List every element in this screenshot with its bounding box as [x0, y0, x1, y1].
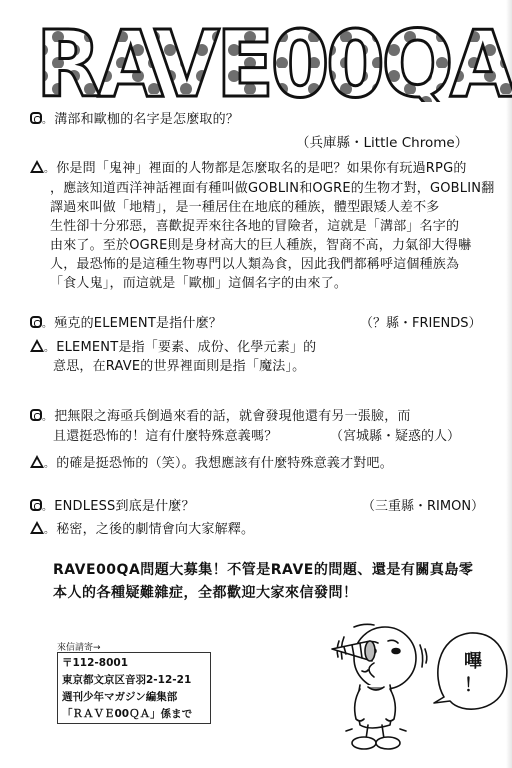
answer-text: 秘密，之後的劇情會向大家解釋。	[56, 522, 254, 537]
answer-1-line-2: ，應該知道西洋神話裡面有種叫做GOBLIN和OGRE的生物才對，GOBLIN翻	[50, 180, 494, 197]
street-address: 東京都文京区音羽2-12-21	[62, 672, 206, 689]
answer-1-line-3: 譯過來叫做「地精」，是一種居住在地底的種族，體型跟矮人差不多	[50, 199, 440, 216]
answer-marker-icon	[30, 521, 44, 534]
question-text: 把無限之海亟兵倒過來看的話，就會發現他還有另一張臉，而	[54, 409, 410, 424]
answer-2-line-1: 。ELEMENT是指「要素、成份、化學元素」的	[30, 339, 316, 357]
answer-3-line-1: 。的確是挺恐怖的（笑）。我想應該有什麼特殊意義才對吧。	[30, 455, 393, 473]
marker-dot: 。	[42, 115, 52, 126]
question-4-source: （三重縣・RIMON）	[362, 498, 484, 515]
question-2: 。殛克的ELEMENT是指什麼？	[30, 315, 222, 333]
announcement-line-1: RAVE00QA問題大募集！不管是RAVE的問題、還是有關真島零	[53, 560, 473, 580]
question-marker-icon	[30, 409, 42, 421]
answer-text: 你是問「鬼神」裡面的人物都是怎麼取名的是吧？如果你有玩過RPG的	[56, 161, 466, 176]
marker-dot: 。	[44, 164, 54, 175]
answer-1-line-5: 由來了。至於OGRE則是身材高大的巨人種族，智商不高，力氣卻大得嚇	[50, 237, 471, 254]
marker-dot: 。	[44, 343, 54, 354]
question-3-source: （宮城縣・疑惑的人）	[330, 428, 460, 445]
speech-bubble-text: 嗶 ！	[455, 650, 491, 698]
question-marker-icon	[30, 112, 42, 124]
marker-dot: 。	[44, 459, 54, 470]
announcement-line-2: 本人的各種疑難雜症，全都歡迎大家來信發問！	[53, 583, 358, 603]
marker-dot: 。	[42, 412, 52, 423]
question-3-line-1: 。把無限之海亟兵倒過來看的話，就會發現他還有另一張臉，而	[30, 408, 411, 426]
marker-dot: 。	[44, 525, 54, 536]
answer-2-line-2: 意思，在RAVE的世界裡面則是指「魔法」。	[53, 358, 305, 375]
answer-marker-icon	[30, 160, 44, 173]
rave00qa-logo: RAVE00QA	[34, 16, 512, 102]
question-4: 。ENDLESS到底是什麼？	[30, 498, 195, 516]
speech-exclamation: ！	[455, 674, 491, 698]
answer-1-line-4: 生性卻十分邪惡，喜歡捉弄來往各地的冒險者，這就是「溝部」名字的	[50, 218, 459, 235]
editorial-department: 週刊少年マガジン編集部	[62, 689, 206, 706]
question-1: 。溝部和歐枷的名字是怎麼取的？	[30, 111, 239, 129]
question-marker-icon	[30, 316, 42, 328]
attention-line: 「ＲＡＶＥ00ＱＡ」係まで	[62, 706, 206, 723]
postal-code: 〒112-8001	[62, 655, 206, 672]
question-2-source: （？縣・FRIENDS）	[360, 315, 482, 332]
answer-4-line-1: 。秘密，之後的劇情會向大家解釋。	[30, 521, 254, 539]
question-1-source: （兵庫縣・Little Chrome）	[296, 135, 468, 152]
question-text: 殛克的ELEMENT是指什麼？	[54, 316, 222, 331]
answer-1-line-7: 「食人鬼」，而這就是「歐枷」這個名字的由來了。	[50, 275, 347, 292]
question-3-line-2: 且還挺恐怖的！這有什麼特殊意義嗎？	[53, 428, 277, 445]
marker-dot: 。	[42, 319, 52, 330]
speech-char: 嗶	[455, 650, 491, 674]
answer-marker-icon	[30, 455, 44, 468]
svg-text:RAVE00QA: RAVE00QA	[36, 16, 512, 102]
answer-1-line-1: 。你是問「鬼神」裡面的人物都是怎麼取名的是吧？如果你有玩過RPG的	[30, 160, 467, 178]
title-banner: RAVE00QA	[34, 16, 512, 102]
answer-marker-icon	[30, 339, 44, 352]
answer-text: 的確是挺恐怖的（笑）。我想應該有什麼特殊意義才對吧。	[56, 456, 393, 471]
question-text: 溝部和歐枷的名字是怎麼取的？	[54, 112, 239, 127]
mailing-address-box: 〒112-8001 東京都文京区音羽2-12-21 週刊少年マガジン編集部 「Ｒ…	[57, 652, 211, 724]
question-marker-icon	[30, 499, 42, 511]
answer-text: ELEMENT是指「要素、成份、化學元素」的	[56, 340, 316, 355]
marker-dot: 。	[42, 502, 52, 513]
mascot-character-illustration	[330, 623, 430, 755]
question-text: ENDLESS到底是什麼？	[54, 499, 195, 514]
answer-1-line-6: 人，最恐怖的是這種生物專門以人類為食，因此我們都稱呼這個種族為	[50, 256, 459, 273]
